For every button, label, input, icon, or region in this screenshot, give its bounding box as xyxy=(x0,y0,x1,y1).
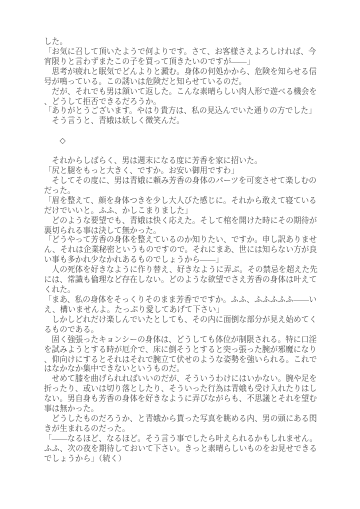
text-line: 「――なるほど、なるほど。そう言う事でしたら叶えられるかもしれません。 xyxy=(44,434,322,444)
text-line: ん、それは企業秘密というものですので。それにまあ、世には知らない方が良 xyxy=(44,245,322,255)
text-line: しかしどれだけ楽しんでいたとしても、その内に面倒な部分が見え始めてく xyxy=(44,315,322,325)
text-line: 事は無かった。 xyxy=(44,404,322,414)
text-line: 宵限りと言わずまたこの子を買って頂きたいのですが――」 xyxy=(44,57,322,67)
text-line: 裏切られる事は決して無かった。 xyxy=(44,226,322,236)
text-line: ない。男自身も芳香の身体を好きなように弄びながらも、不思議とそれを望む xyxy=(44,394,322,404)
text-line: くれた。 xyxy=(44,285,322,295)
text-line: 「尻と腿をもっと大きく、ですか。お安い御用ですわ」 xyxy=(44,166,322,176)
text-line: でしょうから」（続く） xyxy=(44,454,322,464)
text-line: 、仰向けにするとそれはそれで腕立て伏せのような姿勢を強いられる。これで xyxy=(44,355,322,365)
novel-text-column: した。「お気に召して頂いたようで何よりです。さて、お客様さえよろしければ、今宵限… xyxy=(44,37,322,464)
text-line: 「どうやって芳香の身体を整えているのか知りたい、ですか。申し訳ありませ xyxy=(44,235,322,245)
text-line: い事も多かれ少なかれあるものでしょうから――」 xyxy=(44,255,322,265)
text-line: 「眉を整えて、顔を身体つきを少し大人びた感じに。それから敢えて寝ている xyxy=(44,196,322,206)
text-line: 人の死体を好きなように作り替え、好きなように弄ぶ。その禁忌を超えた先 xyxy=(44,265,322,275)
text-line: だが、それでも男は頷いて返した。こんな素晴らしい肉人形で遊べる機会を xyxy=(44,87,322,97)
text-line: 固く強張ったキョンシーの身体は、どうしても体位が制限される。特に口淫 xyxy=(44,335,322,345)
text-line: るものである。 xyxy=(44,325,322,335)
text-line: どうしたものだろうか、と青娥から貰った写真を眺める内、男の頭にある閃 xyxy=(44,414,322,424)
text-line: 「お気に召して頂いたようで何よりです。さて、お客様さえよろしければ、今 xyxy=(44,47,322,57)
novel-page: した。「お気に召して頂いたようで何よりです。さて、お客様さえよろしければ、今宵限… xyxy=(0,0,360,509)
text-line: 「まあ、私の身体をそっくりそのまま芳香でですか。ふふ、ふふふふふ――い xyxy=(44,295,322,305)
text-line: を試みようとする時が厄介で、床に倒そうとすると突っ張った腕が邪魔になり xyxy=(44,345,322,355)
text-line: せめて膝を曲げられればいいのだが、そういうわけにはいかない。腕や足を xyxy=(44,374,322,384)
text-line: 折ったり、或いは切り落としたり、そういった行為は青娥も受け入れたりはし xyxy=(44,384,322,394)
text-line: 号が鳴っている。この誘いは危険だと知らせているのだ。 xyxy=(44,77,322,87)
screenshot-root: { "page": { "background_color": "#ffffff… xyxy=(0,0,360,509)
text-line: だった。 xyxy=(44,186,322,196)
text-line: ふふ、次の夜を期待しておいて下さい。きっと素晴らしいものをお見せできる xyxy=(44,444,322,454)
text-line: きが生まれるのだった。 xyxy=(44,424,322,434)
text-line: はなかなか集中できないというものだ。 xyxy=(44,364,322,374)
text-line: 「ありがとうございます。やはり貴方は、私の見込んでいた通りの方でした」 xyxy=(44,106,322,116)
text-line: には、常識も倫理など存在しない。どのような欲望でさえ芳香の身体は叶えて xyxy=(44,275,322,285)
text-line: 、どうして拒否できるだろうか。 xyxy=(44,97,322,107)
text-line: 思考が疲れと眠気でどんよりと澱む。身体の何処かから、危険を知らせる信 xyxy=(44,67,322,77)
text-line: え、構いませんよ。たっぷり愛してあげて下さい」 xyxy=(44,305,322,315)
text-line: どのような要望でも、青娥は快く応えた。そして棺を開けた時にその期待が xyxy=(44,216,322,226)
text-line: そう言うと、青娥は妖しく微笑んだ。 xyxy=(44,116,322,126)
text-line: だけでいいと。ふふ、かしこまりました」 xyxy=(44,206,322,216)
section-divider: ◇ xyxy=(44,136,322,146)
text-line xyxy=(44,126,322,136)
text-line: した。 xyxy=(44,37,322,47)
text-line xyxy=(44,146,322,156)
text-line: そしてその度に、男は青娥に頼み芳香の身体のパーツを可変させて楽しむの xyxy=(44,176,322,186)
text-line: それからしばらく、男は週末になる度に芳香を家に招いた。 xyxy=(44,156,322,166)
